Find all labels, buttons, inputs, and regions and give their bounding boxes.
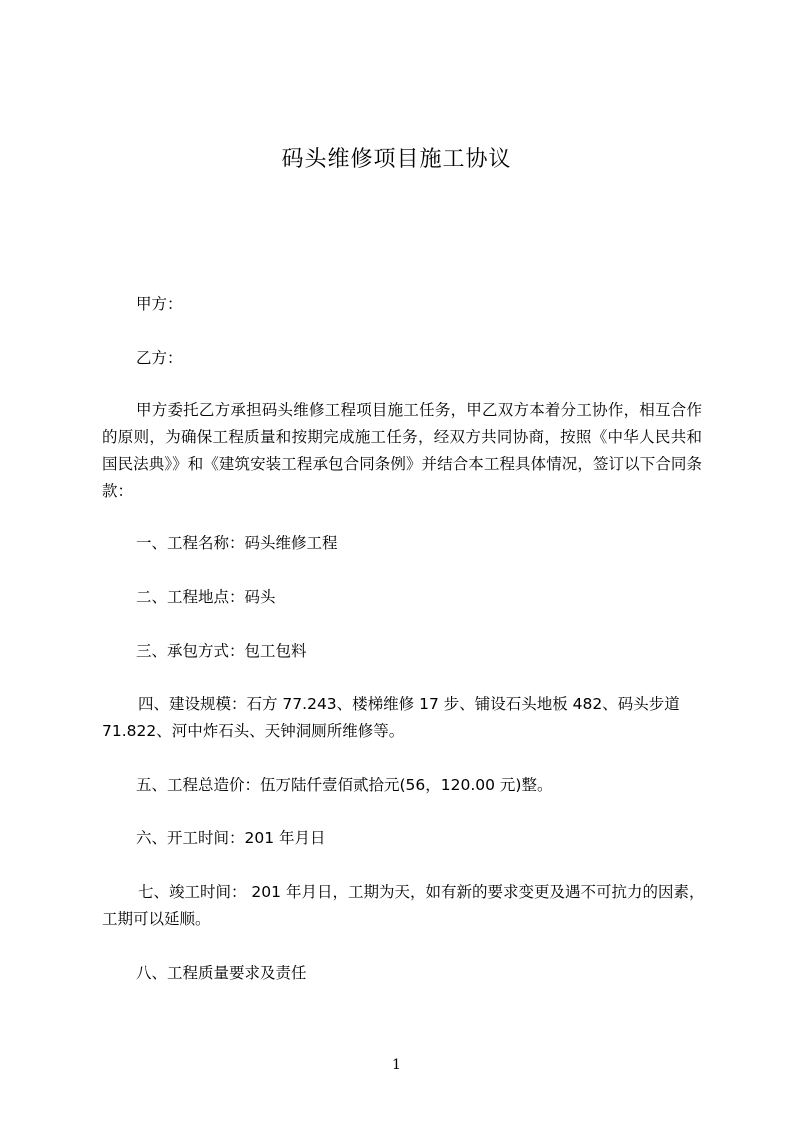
clause-7-line-1: 七、竣工时间： 201 年月日，工期为天，如有新的要求变更及遇不可抗力的因素， [138,880,704,902]
clause-4-line-2: 71.822、河中炸石头、天钟洞厕所维修等。 [102,719,404,741]
clause-1: 一、工程名称：码头维修工程 [136,531,338,553]
clause-2: 二、工程地点：码头 [136,585,276,607]
clause-6: 六、开工时间：201 年月日 [136,826,326,848]
clause-3: 三、承包方式：包工包料 [136,639,307,661]
page-number: 1 [0,1057,793,1073]
clause-7-line-2: 工期可以延顺。 [102,907,211,929]
document-title: 码头维修项目施工协议 [0,142,793,173]
party-b-label: 乙方： [136,346,183,368]
clause-8: 八、工程质量要求及责任 [136,961,307,983]
intro-paragraph: 甲方委托乙方承担码头维修工程项目施工任务，甲乙双方本着分工协作，相互合作的原则，… [102,397,702,505]
clause-5: 五、工程总造价：伍万陆仟壹佰贰拾元(56，120.00 元)整。 [136,773,552,795]
clause-4-line-1: 四、建设规模：石方 77.243、楼梯维修 17 步、铺设石头地板 482、码头… [138,692,680,714]
party-a-label: 甲方： [136,292,183,314]
document-page: 码头维修项目施工协议 甲方： 乙方： 甲方委托乙方承担码头维修工程项目施工任务，… [0,0,793,1122]
